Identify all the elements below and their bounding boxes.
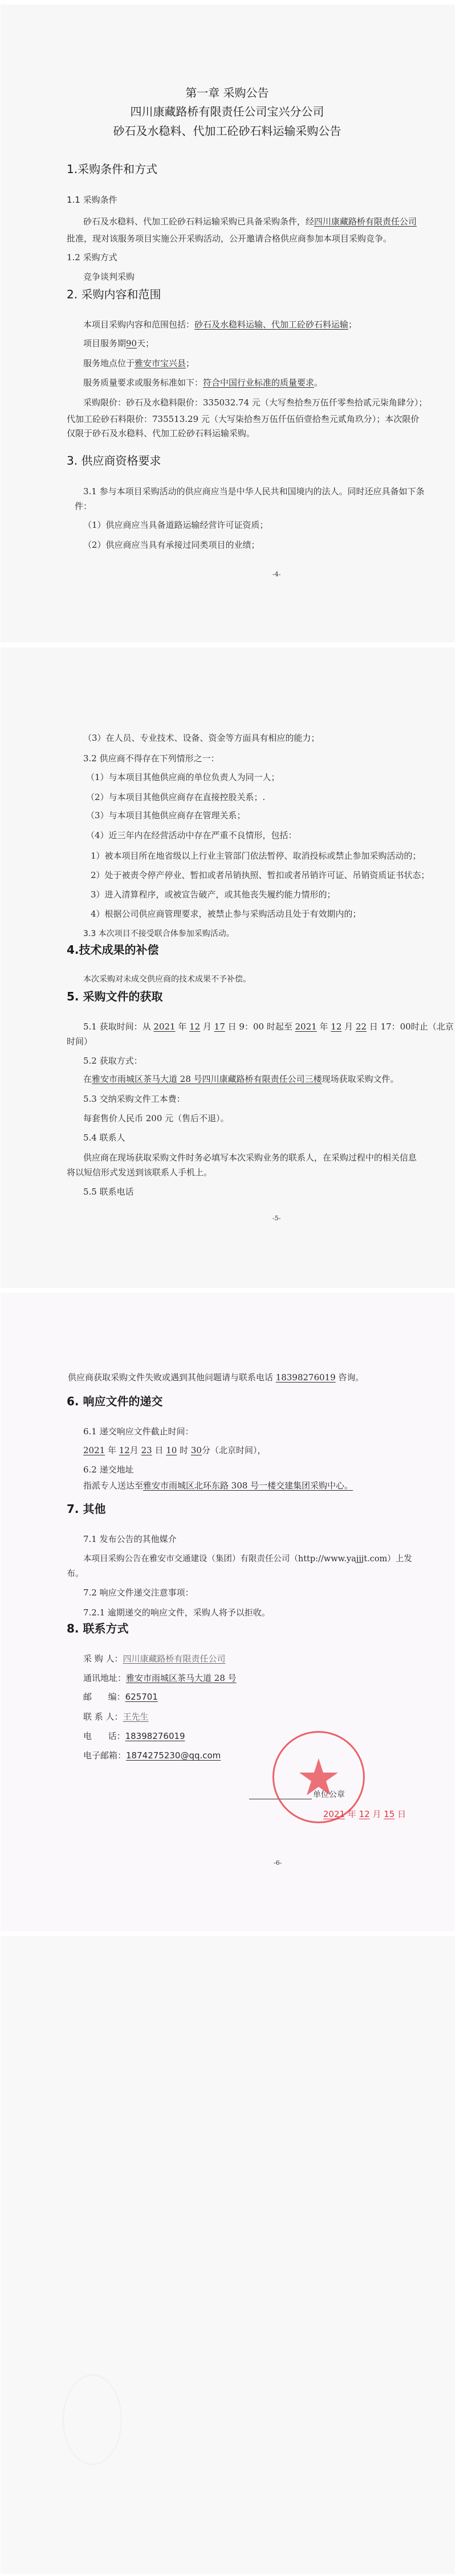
field-label: 通讯地址： xyxy=(83,1673,126,1683)
period-unit: 天； xyxy=(137,338,154,348)
contact-phone: 电 话：18398276019 xyxy=(83,1730,185,1742)
scope-value: 砂石及水稳料运输、代加工砼砂石料运输 xyxy=(194,319,348,330)
exclusion-1: （1）与本项目其他供应商的单位负责人为同一人； xyxy=(86,772,280,783)
service-period: 项目服务期90天； xyxy=(83,338,154,349)
location-end: ； xyxy=(186,358,194,368)
field-value: 625701 xyxy=(125,1692,158,1702)
field-label: 电子邮箱： xyxy=(83,1750,126,1761)
s5-1-suffix: 时止（北京 xyxy=(411,1022,454,1032)
field-label: 联 系 人： xyxy=(83,1712,123,1722)
start-month: 12 xyxy=(189,1022,200,1032)
section-5-heading: 5. 采购文件的获取 xyxy=(67,989,162,1004)
contact-person: 联 系 人：王先生 xyxy=(83,1711,174,1722)
s5-2-address: 雅安市雨城区茶马大道 28 号四川康藏路桥有限责任公司三楼 xyxy=(92,1074,322,1084)
service-quality: 服务质量要求或服务标准如下：符合中国行业标准的质量要求。 xyxy=(83,377,323,388)
section-3-heading: 3. 供应商资格要求 xyxy=(67,453,161,468)
section-3-1-line-2: 件： xyxy=(75,501,92,512)
section-5-2-value: 在雅安市雨城区茶马大道 28 号四川康藏路桥有限责任公司三楼现场获取采购文件。 xyxy=(83,1073,399,1085)
seal-year: 2021 xyxy=(323,1809,345,1819)
s5-5-prefix: 供应商获取采购文件失败或遇到其他问题请与联系电话 xyxy=(68,1372,276,1383)
requirement-2: （2）供应商应当具有承接过同类项目的业绩； xyxy=(83,539,260,551)
section-3-1-line-1: 3.1 参与本项目采购活动的供应商应当是中华人民共和国境内的法人。同时还应具备如… xyxy=(83,486,425,497)
day-char-4: 日 xyxy=(394,1809,406,1819)
section-7-heading: 7. 其他 xyxy=(67,1502,105,1516)
contact-purchaser: 采 购 人：四川康藏路桥有限责任公司 xyxy=(83,1653,226,1664)
section-4-text: 本次采购对未成交供应商的技术成果不予补偿。 xyxy=(83,974,251,985)
section-7-1-line-2: 布。 xyxy=(67,1568,84,1579)
section-5-5-label: 5.5 联系电话 xyxy=(83,1186,134,1197)
field-label: 邮 编： xyxy=(83,1692,125,1702)
section-1-1-text: 砂石及水稳料、代加工砼砂石料运输采购已具备采购条件，经四川康藏路桥有限责任公司 xyxy=(83,216,417,227)
field-label: 采 购 人： xyxy=(83,1654,123,1664)
year-char: 年 xyxy=(176,1022,190,1032)
sub-exclusion-2: 2）处于被责令停产停业、暂扣或者吊销执照、暂扣或者吊销许可证、吊销资质证书状态； xyxy=(91,869,430,881)
end-day: 22 xyxy=(356,1022,367,1032)
end-year: 2021 xyxy=(295,1022,317,1032)
s5-2-suffix: 现场获取采购文件。 xyxy=(322,1074,399,1084)
section-5-2-label: 5.2 获取方式： xyxy=(83,1055,142,1067)
deadline-year: 2021 xyxy=(83,1445,105,1455)
year-char-3: 年 xyxy=(105,1445,119,1455)
section-1-2-label: 1.2 采购方式 xyxy=(67,252,117,263)
scope: 本项目采购内容和范围包括：砂石及水稳料运输、代加工砼砂石料运输； xyxy=(83,319,357,330)
section-5-1: 5.1 获取时间：从 2021 年 12 月 17 日 9：00 时起至 202… xyxy=(83,1021,454,1032)
section-6-heading: 6. 响应文件的递交 xyxy=(67,1394,162,1409)
page-number-4: -4- xyxy=(272,569,280,580)
day-char-2: 日 xyxy=(367,1022,381,1032)
contact-phone-link: 18398276019 xyxy=(276,1372,336,1383)
deadline-hour: 10 xyxy=(166,1445,177,1455)
section-5-5-text: 供应商获取采购文件失败或遇到其他问题请与联系电话 18398276019 咨询。 xyxy=(68,1372,364,1383)
contact-email: 电子邮箱：1874275230@qq.com xyxy=(83,1750,221,1761)
deadline-day: 23 xyxy=(141,1445,152,1455)
deadline-suffix: 分（北京时间）， xyxy=(202,1445,266,1455)
notice-title: 砂石及水稳料、代加工砼砂石料运输采购公告 xyxy=(0,124,454,138)
quality-value: 符合中国行业标准的质量要求 xyxy=(203,378,314,388)
chapter-title: 第一章 采购公告 xyxy=(0,85,454,100)
scope-label: 本项目采购内容和范围包括： xyxy=(83,319,194,330)
price-limit-line-3: 仅限于砂石及水稳料、代加工砼砂石料运输采购。 xyxy=(67,428,255,439)
field-value: 雅安市雨城区茶马大道 28 号 xyxy=(126,1673,237,1683)
period-value: 90 xyxy=(126,338,137,348)
quality-label: 服务质量要求或服务标准如下： xyxy=(83,378,203,388)
seal-month: 12 xyxy=(359,1809,370,1819)
deadline-month: 12 xyxy=(119,1445,130,1455)
section-1-1-text-cont: 批准，现对该服务项目实施公开采购活动，公开邀请合格供应商参加本项目采购竞争。 xyxy=(67,233,392,244)
start-day: 17 xyxy=(214,1022,225,1032)
s6-2-prefix: 指派专人送达至 xyxy=(83,1480,143,1491)
month-char-4: 月 xyxy=(370,1809,384,1819)
deadline-minute: 30 xyxy=(191,1445,202,1455)
section-3-2-label: 3.2 供应商不得存在下列情形之一： xyxy=(83,753,219,764)
sub-exclusion-1: 1）被本项目所在地省级以上行业主管部门依法暂停、取消投标或禁止参加采购活动的； xyxy=(91,850,421,862)
section-5-4-line-2: 将以短信形式发送到该联系人手机上。 xyxy=(67,1167,212,1178)
start-year: 2021 xyxy=(153,1022,175,1032)
month-char: 月 xyxy=(200,1022,214,1032)
section-7-1-label: 7.1 发布公告的其他媒介 xyxy=(83,1533,177,1545)
section-3-3: 3.3 本次项目不接受联合体参加采购活动。 xyxy=(83,928,234,940)
company-title: 四川康藏路桥有限责任公司宝兴分公司 xyxy=(0,104,454,119)
contact-address: 通讯地址：雅安市雨城区茶马大道 28 号 xyxy=(83,1672,237,1684)
day-char-3: 日 xyxy=(152,1445,166,1455)
location-label: 服务地点位于 xyxy=(83,358,135,368)
from-char: 时起至 xyxy=(264,1022,295,1032)
field-value: 四川康藏路桥有限责任公司 xyxy=(123,1654,226,1664)
seal-date: 2021 年 12 月 15 日 xyxy=(323,1808,406,1820)
end-time: 17：00 xyxy=(381,1022,411,1032)
day-char: 日 xyxy=(225,1022,239,1032)
section-8-heading: 8. 联系方式 xyxy=(67,1621,128,1636)
field-value: 18398276019 xyxy=(125,1731,185,1741)
section-7-2-1: 7.2.1 逾期递交的响应文件，采购人将予以拒收。 xyxy=(83,1607,270,1618)
section-7-1-line-1: 本项目采购公告在雅安市交通建设（集团）有限责任公司（http://www.yaj… xyxy=(83,1553,412,1565)
quality-end: 。 xyxy=(314,378,323,388)
section-5-3-label: 5.3 交纳采购文件工本费： xyxy=(83,1093,185,1105)
section-6-1-deadline: 2021 年 12月 23 日 10 时 30分（北京时间）， xyxy=(83,1445,266,1456)
bleed-through-stamp xyxy=(63,2374,122,2465)
month-char-3: 月 xyxy=(130,1445,141,1455)
s1-1-text-a: 砂石及水稳料、代加工砼砂石料运输采购已具备采购条件，经 xyxy=(83,216,314,227)
start-time: 9：00 xyxy=(239,1022,264,1032)
section-5-4-label: 5.4 联系人 xyxy=(83,1132,125,1143)
requirement-1: （1）供应商应当具备道路运输经营许可证资质； xyxy=(83,519,268,531)
procurement-method: 竞争谈判采购 xyxy=(83,271,135,282)
sub-exclusion-3: 3）进入清算程序，或被宣告破产，或其他丧失履约能力情形的； xyxy=(91,889,336,900)
s5-5-suffix: 咨询。 xyxy=(336,1372,364,1383)
section-6-2-address: 指派专人送达至雅安市雨城区北环东路 308 号一楼交建集团采购中心。 xyxy=(83,1480,353,1491)
document-page-4-blank xyxy=(1,1936,455,2574)
section-1-heading: 1.采购条件和方式 xyxy=(67,162,157,177)
scope-end: ； xyxy=(348,319,357,330)
service-location: 服务地点位于雅安市宝兴县； xyxy=(83,358,194,369)
section-5-1-cont: 时间） xyxy=(67,1036,92,1047)
year-char-2: 年 xyxy=(317,1022,331,1032)
section-7-2-label: 7.2 响应文件递交注意事项： xyxy=(83,1587,194,1598)
field-value: 王先生 xyxy=(123,1711,174,1722)
contact-postcode: 邮 编：625701 xyxy=(83,1691,158,1703)
exclusion-3: （3）与本项目其他供应商存在管理关系； xyxy=(86,810,246,821)
exclusion-4: （4）近三年内在经营活动中存在严重不良情形，包括： xyxy=(86,830,297,841)
s6-2-address-value: 雅安市雨城区北环东路 308 号一楼交建集团采购中心。 xyxy=(143,1480,353,1491)
section-6-2-label: 6.2 递交地址 xyxy=(83,1464,134,1475)
section-5-3-value: 每套售价人民币 200 元（售后不退）。 xyxy=(83,1113,229,1124)
s1-1-company: 四川康藏路桥有限责任公司 xyxy=(314,216,417,227)
period-label: 项目服务期 xyxy=(83,338,126,348)
section-4-heading: 4.技术成果的补偿 xyxy=(67,942,159,957)
s5-1-prefix: 5.1 获取时间：从 xyxy=(83,1022,153,1032)
section-5-4-line-1: 供应商在现场获取采购文件时务必填写本次采购业务的联系人，在采购过程中的相关信息 xyxy=(83,1152,417,1163)
end-month: 12 xyxy=(331,1022,341,1032)
section-2-heading: 2. 采购内容和范围 xyxy=(67,287,161,302)
seal-day: 15 xyxy=(384,1809,394,1819)
sub-exclusion-4: 4）根据公司供应商管理要求，被禁止参与采购活动且处于有效期内的； xyxy=(91,908,361,920)
hour-char: 时 xyxy=(177,1445,191,1455)
requirement-3: （3）在人员、专业技术、设备、资金等方面具有相应的能力； xyxy=(83,732,320,744)
price-limit-line-1: 采购限价：砂石及水稳料限价：335032.74 元（大写叁拾叁万伍仟零叁拾贰元柒… xyxy=(83,397,427,408)
exclusion-2: （2）与本项目其他供应商存在直接控股关系；. xyxy=(86,791,265,803)
section-1-1-label: 1.1 采购条件 xyxy=(67,194,117,206)
month-char-2: 月 xyxy=(341,1022,356,1032)
field-label: 电 话： xyxy=(83,1731,125,1741)
page-number-6: -6- xyxy=(274,1857,282,1869)
field-value: 1874275230@qq.com xyxy=(126,1750,221,1761)
s5-2-prefix: 在 xyxy=(83,1074,92,1084)
section-6-1-label: 6.1 递交响应文件截止时间： xyxy=(83,1426,194,1437)
year-char-4: 年 xyxy=(345,1809,359,1819)
location-value: 雅安市宝兴县 xyxy=(135,358,186,368)
price-limit-line-2: 代加工砼砂石料限价：735513.29 元（大写柒拾叁万伍仟伍佰壹拾叁元贰角玖分… xyxy=(67,413,419,425)
page-number-5: -5- xyxy=(272,1213,280,1224)
